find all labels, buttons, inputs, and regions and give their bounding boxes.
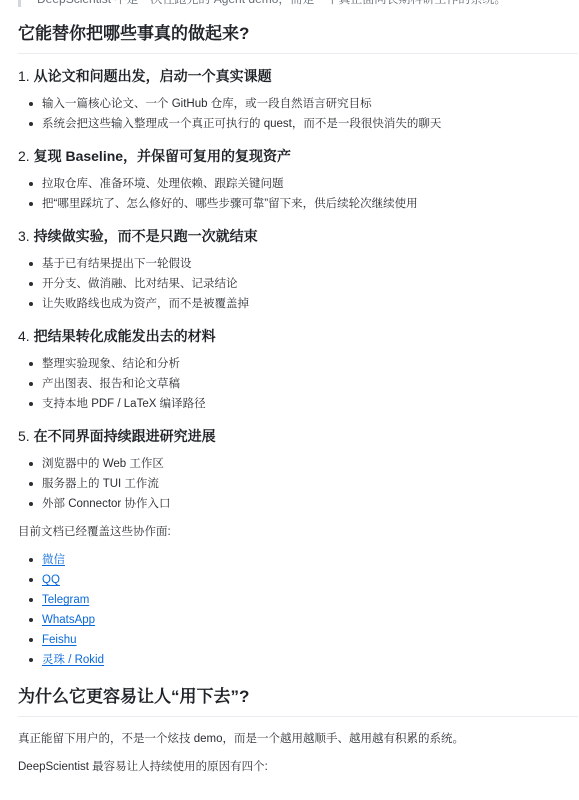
bullet-list-5: 浏览器中的 Web 工作区 服务器上的 TUI 工作流 外部 Connector… bbox=[18, 454, 578, 514]
list-item: QQ bbox=[28, 570, 578, 590]
list-item: 把“哪里踩坑了、怎么修好的、哪些步骤可靠”留下来，供后续轮次继续使用 bbox=[28, 194, 578, 214]
section-heading-why: 为什么它更容易让人“用下去”? bbox=[18, 685, 578, 717]
subheading-4: 4. 把结果转化成能发出去的材料 bbox=[18, 326, 578, 346]
list-item: 浏览器中的 Web 工作区 bbox=[28, 454, 578, 474]
bullet-list-2: 拉取仓库、准备环境、处理依赖、跟踪关键问题 把“哪里踩坑了、怎么修好的、哪些步骤… bbox=[18, 174, 578, 214]
list-item: Telegram bbox=[28, 590, 578, 610]
list-item: 基于已有结果提出下一轮假设 bbox=[28, 254, 578, 274]
subheading-text: 持续做实验，而不是只跑一次就结束 bbox=[34, 228, 258, 244]
bullet-list-4: 整理实验现象、结论和分析 产出图表、报告和论文草稿 支持本地 PDF / LaT… bbox=[18, 354, 578, 414]
list-item: 产出图表、报告和论文草稿 bbox=[28, 374, 578, 394]
subheading-number: 5. bbox=[18, 428, 30, 444]
intro-blockquote: DeepScientist 不是一次性跑完的 Agent demo，而是一个真正… bbox=[18, 0, 578, 7]
bullet-list-1: 输入一篇核心论文、一个 GitHub 仓库，或一段自然语言研究目标 系统会把这些… bbox=[18, 94, 578, 134]
subheading-5: 5. 在不同界面持续跟进研究进展 bbox=[18, 426, 578, 446]
list-item: 拉取仓库、准备环境、处理依赖、跟踪关键问题 bbox=[28, 174, 578, 194]
coverage-intro: 目前文档已经覆盖这些协作面: bbox=[18, 522, 578, 542]
subheading-number: 3. bbox=[18, 228, 30, 244]
subheading-number: 4. bbox=[18, 328, 30, 344]
document-body: DeepScientist 不是一次性跑完的 Agent demo，而是一个真正… bbox=[18, 0, 578, 785]
list-item: 输入一篇核心论文、一个 GitHub 仓库，或一段自然语言研究目标 bbox=[28, 94, 578, 114]
list-item: 支持本地 PDF / LaTeX 编译路径 bbox=[28, 394, 578, 414]
paragraph-reasons-intro: DeepScientist 最容易让人持续使用的原因有四个: bbox=[18, 757, 578, 777]
subheading-number: 2. bbox=[18, 148, 30, 164]
coverage-link-list: 微信 QQ Telegram WhatsApp Feishu 灵珠 / Roki… bbox=[18, 550, 578, 670]
list-item: 开分支、做消融、比对结果、记录结论 bbox=[28, 274, 578, 294]
subheading-1: 1. 从论文和问题出发，启动一个真实课题 bbox=[18, 66, 578, 86]
list-item: 微信 bbox=[28, 550, 578, 570]
list-item: 整理实验现象、结论和分析 bbox=[28, 354, 578, 374]
list-item: Feishu bbox=[28, 630, 578, 650]
paragraph-retention: 真正能留下用户的，不是一个炫技 demo，而是一个越用越顺手、越用越有积累的系统… bbox=[18, 729, 578, 749]
link-wechat[interactable]: 微信 bbox=[42, 554, 65, 566]
subheading-number: 1. bbox=[18, 68, 30, 84]
subheading-text: 从论文和问题出发，启动一个真实课题 bbox=[34, 68, 272, 84]
subheading-2: 2. 复现 Baseline，并保留可复用的复现资产 bbox=[18, 146, 578, 166]
link-whatsapp[interactable]: WhatsApp bbox=[42, 614, 95, 626]
section-heading-capabilities: 它能替你把哪些事真的做起来? bbox=[18, 22, 578, 54]
list-item: 让失败路线也成为资产，而不是被覆盖掉 bbox=[28, 294, 578, 314]
list-item: 服务器上的 TUI 工作流 bbox=[28, 474, 578, 494]
subheading-text: 把结果转化成能发出去的材料 bbox=[34, 328, 216, 344]
subheading-text: 复现 Baseline，并保留可复用的复现资产 bbox=[34, 148, 291, 164]
list-item: WhatsApp bbox=[28, 610, 578, 630]
link-qq[interactable]: QQ bbox=[42, 574, 60, 586]
bullet-list-3: 基于已有结果提出下一轮假设 开分支、做消融、比对结果、记录结论 让失败路线也成为… bbox=[18, 254, 578, 314]
list-item: 系统会把这些输入整理成一个真正可执行的 quest，而不是一段很快消失的聊天 bbox=[28, 114, 578, 134]
link-telegram[interactable]: Telegram bbox=[42, 594, 89, 606]
subheading-text: 在不同界面持续跟进研究进展 bbox=[34, 428, 216, 444]
link-rokid[interactable]: 灵珠 / Rokid bbox=[42, 654, 104, 666]
link-feishu[interactable]: Feishu bbox=[42, 634, 77, 646]
list-item: 外部 Connector 协作入口 bbox=[28, 494, 578, 514]
list-item: 灵珠 / Rokid bbox=[28, 650, 578, 670]
subheading-3: 3. 持续做实验，而不是只跑一次就结束 bbox=[18, 226, 578, 246]
